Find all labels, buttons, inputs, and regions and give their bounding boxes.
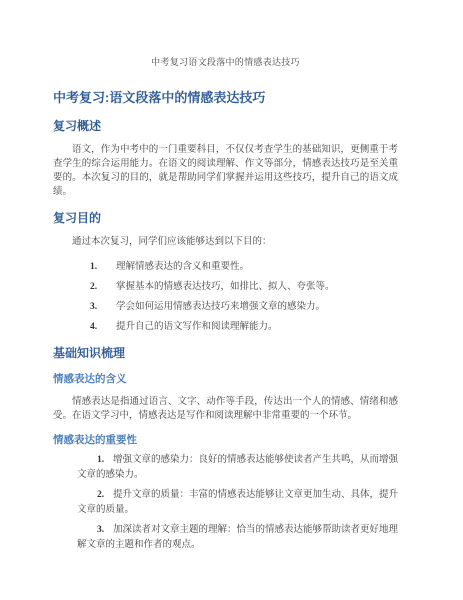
list-item-text: 提升自己的语文写作和阅读理解能力。: [116, 322, 278, 332]
subsection-heading-importance: 情感表达的重要性: [53, 433, 398, 448]
meaning-paragraph: 情感表达是指通过语言、文字、动作等手段，传达出一个人的情感、情绪和感受。在语文学…: [53, 395, 398, 423]
list-item-number: 1.: [90, 260, 116, 274]
list-item-number: 2.: [90, 280, 116, 294]
list-item-text: 掌握基本的情感表达技巧，如排比、拟人、夸张等。: [116, 282, 335, 292]
list-item-text: 理解情感表达的含义和重要性。: [116, 262, 249, 272]
document-page: 中考复习语文段落中的情感表达技巧 中考复习:语文段落中的情感表达技巧 复习概述 …: [0, 0, 463, 600]
list-item-text: 学会如何运用情感表达技巧来增强文章的感染力。: [116, 302, 325, 312]
list-item-number: 4.: [90, 320, 116, 334]
importance-list: 1.增强文章的感染力：良好的情感表达能够使读者产生共鸣，从而增强文章的感染力。 …: [53, 453, 398, 553]
list-item-number: 3.: [87, 523, 113, 538]
list-item: 4.提升自己的语文写作和阅读理解能力。: [53, 320, 398, 334]
page-header-text: 中考复习语文段落中的情感表达技巧: [53, 56, 398, 68]
overview-paragraph: 语文，作为中考中的一门重要科目，不仅仅考查学生的基础知识，更侧重于考查学生的综合…: [53, 143, 398, 199]
goals-intro-paragraph: 通过本次复习，同学们应该能够达到以下目的：: [53, 235, 398, 249]
list-item: 2.提升文章的质量：丰富的情感表达能够让文章更加生动、具体，提升文章的质量。: [53, 488, 398, 518]
list-item: 3.学会如何运用情感表达技巧来增强文章的感染力。: [53, 300, 398, 314]
list-item-text: 提升文章的质量：丰富的情感表达能够让文章更加生动、具体，提升文章的质量。: [77, 490, 398, 515]
list-item-number: 2.: [87, 488, 113, 503]
document-title: 中考复习:语文段落中的情感表达技巧: [53, 88, 398, 107]
list-item-text: 增强文章的感染力：良好的情感表达能够使读者产生共鸣，从而增强文章的感染力。: [77, 455, 398, 480]
section-heading-knowledge: 基础知识梳理: [53, 345, 398, 362]
list-item-number: 1.: [87, 453, 113, 468]
section-heading-overview: 复习概述: [53, 118, 398, 135]
list-item-text: 加深读者对文章主题的理解：恰当的情感表达能够帮助读者更好地理解文章的主题和作者的…: [77, 525, 398, 550]
document-content: 中考复习语文段落中的情感表达技巧 中考复习:语文段落中的情感表达技巧 复习概述 …: [53, 56, 398, 553]
section-heading-goals: 复习目的: [53, 210, 398, 227]
list-item: 2.掌握基本的情感表达技巧，如排比、拟人、夸张等。: [53, 280, 398, 294]
list-item: 3.加深读者对文章主题的理解：恰当的情感表达能够帮助读者更好地理解文章的主题和作…: [53, 523, 398, 553]
list-item: 1.理解情感表达的含义和重要性。: [53, 260, 398, 274]
list-item: 1.增强文章的感染力：良好的情感表达能够使读者产生共鸣，从而增强文章的感染力。: [53, 453, 398, 483]
goals-list: 1.理解情感表达的含义和重要性。 2.掌握基本的情感表达技巧，如排比、拟人、夸张…: [53, 260, 398, 334]
subsection-heading-meaning: 情感表达的含义: [53, 372, 398, 387]
list-item-number: 3.: [90, 300, 116, 314]
